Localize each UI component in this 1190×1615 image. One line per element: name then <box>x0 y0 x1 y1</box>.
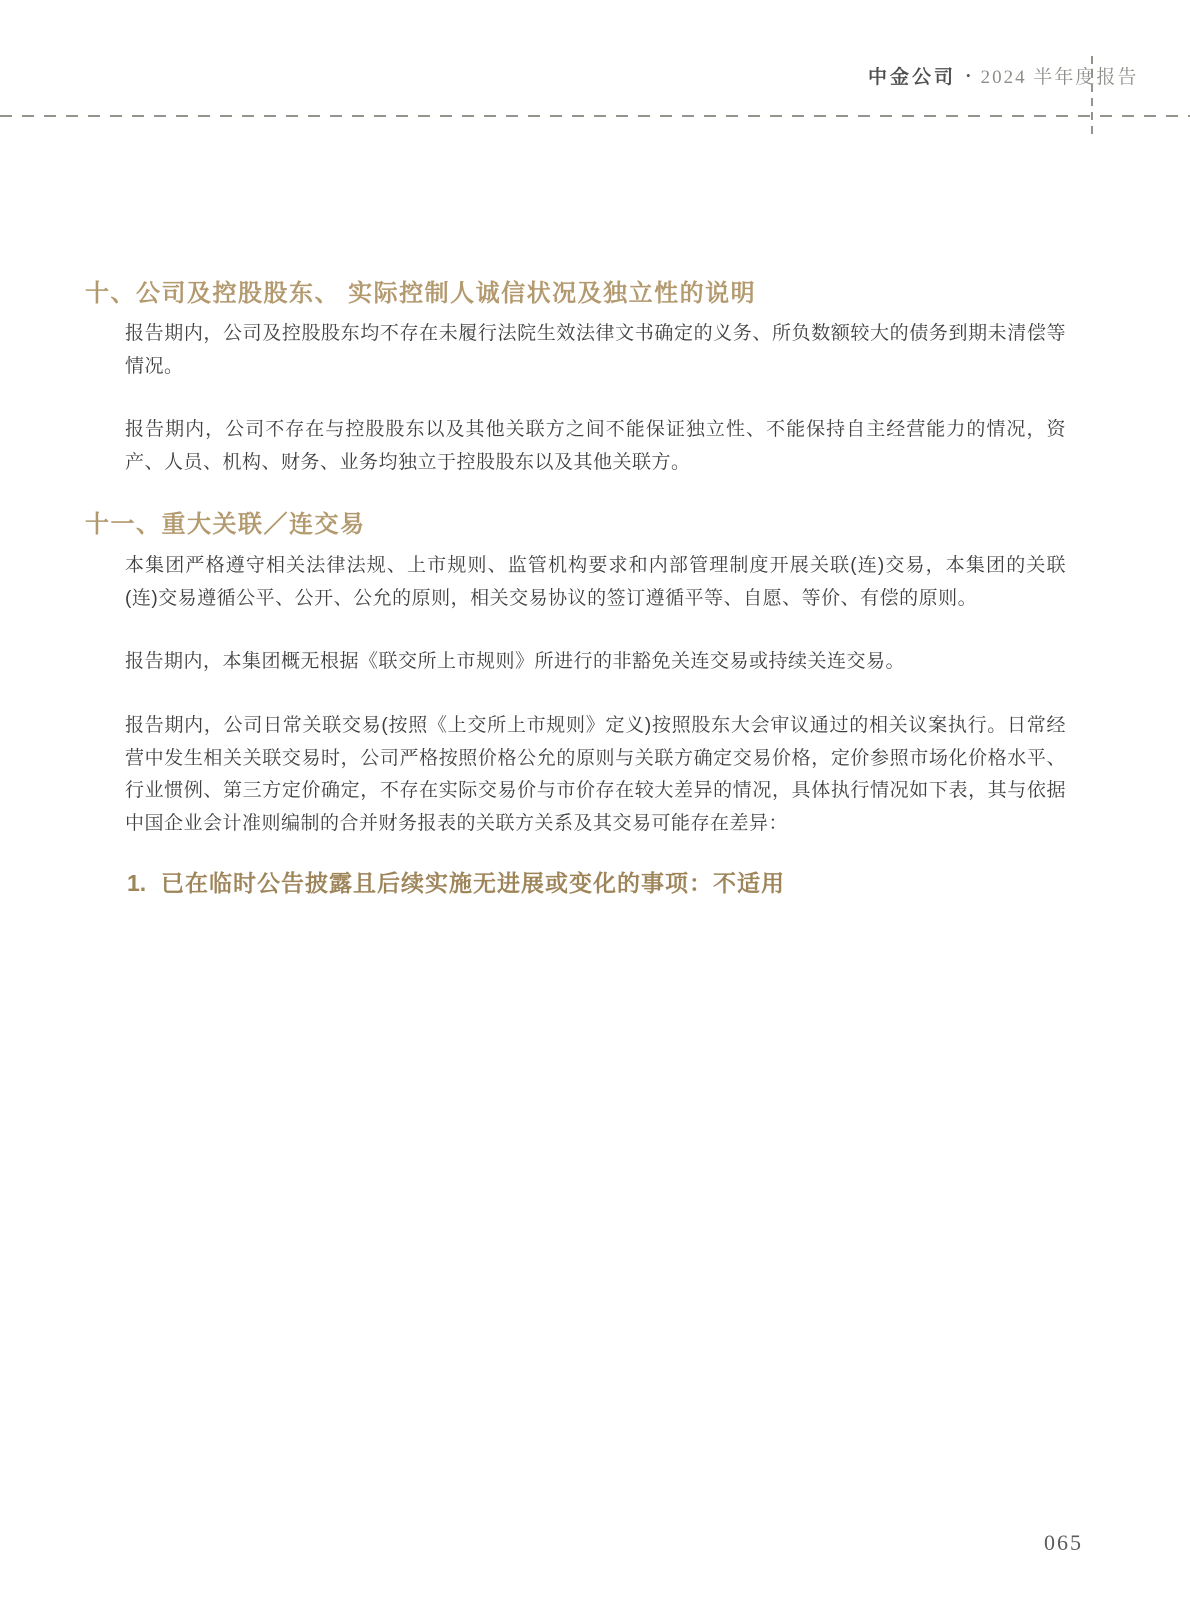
section-heading-11: 十一、重大关联／连交易 <box>85 504 366 539</box>
vertical-dashed-rule <box>1091 56 1093 138</box>
section-heading-10: 十、公司及控股股东、 实际控制人诚信状况及独立性的说明 <box>85 273 756 308</box>
paragraph-independence: 报告期内，公司不存在与控股股东以及其他关联方之间不能保证独立性、不能保持自主经营… <box>125 414 1066 479</box>
paragraph-daily-related-transactions: 报告期内，公司日常关联交易(按照《上交所上市规则》定义)按照股东大会审议通过的相… <box>125 710 1066 840</box>
numbered-subheading-1: 1. 已在临时公告披露且后续实施无进展或变化的事项：不适用 <box>127 865 785 898</box>
numbered-subheading-1-number: 1. <box>127 870 161 897</box>
page-header: 中金公司 • 2024 半年度报告 <box>868 62 1138 89</box>
header-bullet-separator: • <box>966 69 971 82</box>
report-page: 中金公司 • 2024 半年度报告 十、公司及控股股东、 实际控制人诚信状况及独… <box>0 0 1190 1615</box>
numbered-subheading-1-text: 已在临时公告披露且后续实施无进展或变化的事项：不适用 <box>161 865 785 898</box>
header-report-title: 2024 半年度报告 <box>981 62 1139 89</box>
paragraph-court-obligations: 报告期内，公司及控股股东均不存在未履行法院生效法律文书确定的义务、所负数额较大的… <box>125 318 1066 383</box>
page-number: 065 <box>1044 1530 1083 1556</box>
paragraph-hkex-rules: 报告期内，本集团概无根据《联交所上市规则》所进行的非豁免关连交易或持续关连交易。 <box>125 646 1066 679</box>
horizontal-dashed-rule <box>0 115 1190 117</box>
paragraph-related-transaction-principles: 本集团严格遵守相关法律法规、上市规则、监管机构要求和内部管理制度开展关联(连)交… <box>125 550 1066 615</box>
header-company-name: 中金公司 <box>868 62 956 89</box>
